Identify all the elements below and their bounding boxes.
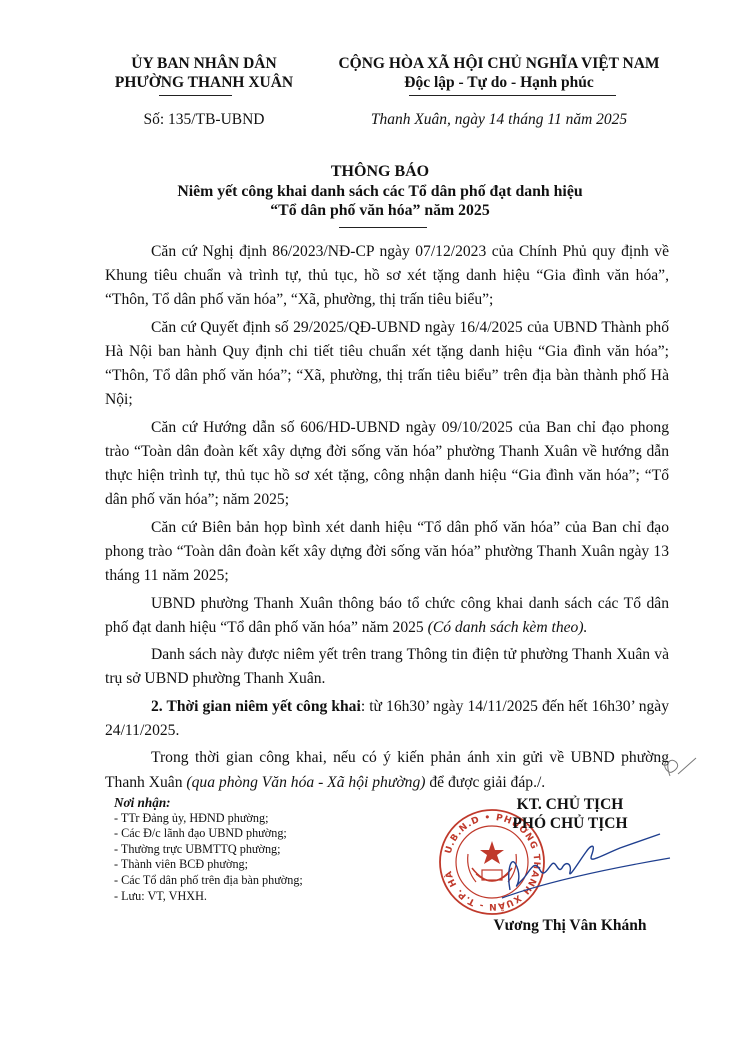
document-body: Căn cứ Nghị định 86/2023/NĐ-CP ngày 07/1…: [105, 240, 669, 798]
recipient-item: - Các Đ/c lãnh đạo UBND phường;: [114, 826, 434, 842]
announcement-note: (Có danh sách kèm theo).: [428, 619, 588, 636]
title-underline: [339, 227, 427, 228]
authority-line-1: ỦY BAN NHÂN DÂN: [98, 54, 310, 73]
paragraph-posting-location: Danh sách này được niêm yết trên trang T…: [105, 643, 669, 691]
recipient-item: - Các Tổ dân phố trên địa bàn phường;: [114, 873, 434, 889]
issuing-authority: ỦY BAN NHÂN DÂN PHƯỜNG THANH XUÂN: [98, 54, 310, 92]
signer-name: Vương Thị Vân Khánh: [455, 917, 685, 935]
signature-title: KT. CHỦ TỊCH PHÓ CHỦ TỊCH: [455, 795, 685, 833]
paragraph-posting-time: 2. Thời gian niêm yết công khai: từ 16h3…: [105, 695, 669, 743]
country-name: CỘNG HÒA XÃ HỘI CHỦ NGHĨA VIỆT NAM: [318, 54, 680, 73]
recipients-list: Nơi nhận: - TTr Đảng ủy, HĐND phường; - …: [114, 795, 434, 904]
paragraph-feedback: Trong thời gian công khai, nếu có ý kiến…: [105, 746, 669, 794]
paragraph-legal-basis-4: Căn cứ Biên bản họp bình xét danh hiệu “…: [105, 516, 669, 589]
authority-line-2: PHƯỜNG THANH XUÂN: [98, 73, 310, 92]
posting-time-label: 2. Thời gian niêm yết công khai: [151, 698, 361, 715]
document-title: THÔNG BÁO Niêm yết công khai danh sách c…: [100, 162, 660, 221]
recipient-item: - TTr Đảng ủy, HĐND phường;: [114, 811, 434, 827]
feedback-department: (qua phòng Văn hóa - Xã hội phường): [186, 774, 425, 791]
paragraph-legal-basis-1: Căn cứ Nghị định 86/2023/NĐ-CP ngày 07/1…: [105, 240, 669, 313]
paragraph-legal-basis-3: Căn cứ Hướng dẫn số 606/HD-UBND ngày 09/…: [105, 416, 669, 513]
paragraph-legal-basis-2: Căn cứ Quyết định số 29/2025/QĐ-UBND ngà…: [105, 316, 669, 413]
title-sub-2: “Tổ dân phố văn hóa” năm 2025: [100, 201, 660, 221]
recipients-title: Nơi nhận:: [114, 795, 434, 811]
national-motto: CỘNG HÒA XÃ HỘI CHỦ NGHĨA VIỆT NAM Độc l…: [318, 54, 680, 92]
signature-title-line-1: KT. CHỦ TỊCH: [455, 795, 685, 814]
motto: Độc lập - Tự do - Hạnh phúc: [318, 73, 680, 92]
handwritten-signature-icon: [500, 830, 675, 900]
paragraph-announcement: UBND phường Thanh Xuân thông báo tổ chức…: [105, 592, 669, 640]
authority-underline: [159, 95, 232, 96]
title-sub-1: Niêm yết công khai danh sách các Tổ dân …: [100, 182, 660, 202]
place-date: Thanh Xuân, ngày 14 tháng 11 năm 2025: [318, 111, 680, 129]
title-main: THÔNG BÁO: [100, 162, 660, 182]
recipient-item: - Lưu: VT, VHXH.: [114, 889, 434, 905]
recipient-item: - Thành viên BCĐ phường;: [114, 857, 434, 873]
document-number: Số: 135/TB-UBND: [98, 111, 310, 129]
initials-mark-icon: [660, 752, 702, 782]
recipient-item: - Thường trực UBMTTQ phường;: [114, 842, 434, 858]
motto-underline: [409, 95, 616, 96]
feedback-text-2: để được giải đáp./.: [425, 774, 545, 791]
